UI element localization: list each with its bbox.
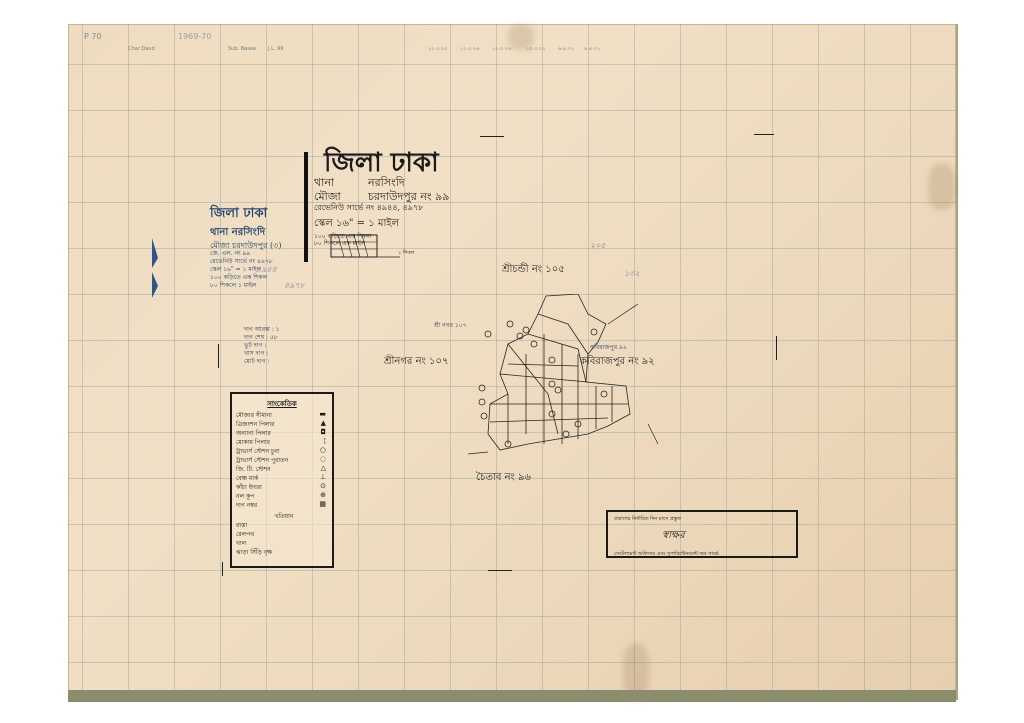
pencil-number: ৪৯৭৮ (284, 280, 305, 293)
legend-item-label: অন্যান্য পিলার (236, 430, 271, 437)
stat-label: দাগ শেষ (244, 334, 264, 341)
legend-item: অন্যান্য পিলার◘ (232, 428, 332, 437)
stat-label: দাগ আরম্ভ (244, 326, 270, 333)
mouza-parcel-map (448, 294, 688, 474)
legend-item-label: দাগ নম্বর (236, 502, 257, 509)
legend-item: নল কূপ⊕ (232, 491, 332, 500)
legend-line-item: খাল (232, 538, 332, 547)
stamp-jl: জে. এল. নং ৯৯ (210, 250, 282, 258)
legend-item: জি. টি. স্টেশন△ (232, 464, 332, 473)
header-date: ২২.৩.৭৬ (492, 46, 511, 54)
header-date: ৬.৪.৭২ (558, 46, 574, 54)
legend-symbol-icon: ◘ (320, 428, 326, 436)
legend-item-label: ত্রিজংশন পিলার (236, 421, 274, 428)
map-legend: সাংকেতিক মৌজার সীমানা▬ত্রিজংশন পিলার▲অন্… (230, 392, 334, 568)
stamp-mouza: মৌজা চরদাউদপুর (৩) (210, 242, 282, 250)
sheet-code: P 70 (84, 32, 102, 41)
legend-line-item: ঝাড়া সিঁড়ি বৃক্ষ (232, 547, 332, 556)
cert-signature: স্বাক্ষর (662, 528, 796, 545)
pencil-number: ৪৯৪৪ (256, 264, 277, 277)
legend-symbol-icon: ⊙ (320, 482, 326, 490)
legend-item: ট্রাভার্স স্টেশন পুরাতন◌ (232, 455, 332, 464)
legend-item-label: বেঞ্চ মার্ক (236, 475, 258, 482)
pencil-note: ১৩২ (624, 268, 640, 281)
header-year: 1969-70 (178, 32, 211, 41)
stamp-thana: থানা নরসিংদি (210, 225, 282, 242)
legend-line-item: রেলপথ (232, 529, 332, 538)
legend-item: ট্রাভার্স স্টেশন চুনা○ (232, 446, 332, 455)
stat-value: ১ (276, 326, 280, 333)
legend-symbol-icon: ▦ (319, 500, 326, 508)
header-date: ২২.৩.৭৫ (428, 46, 447, 54)
legend-subheading: খতিয়ান (232, 511, 332, 520)
legend-title: সাংকেতিক (232, 398, 332, 410)
map-sheet: P 70 1969-70 Char Daud Sub. Basee J.L. 9… (68, 24, 956, 700)
legend-item-label: জি. টি. স্টেশন (236, 466, 271, 473)
revenue-survey: রেভেনিউ সার্ভে নং ৪৯৪৪, ৪৯৭৮ (314, 202, 423, 215)
header-register-table: P 70 1969-70 Char Daud Sub. Basee J.L. 9… (68, 24, 956, 79)
stamp-block: জিলা ঢাকা থানা নরসিংদি মৌজা চরদাউদপুর (৩… (210, 204, 282, 290)
title-bar-mark (304, 152, 308, 262)
legend-symbol-icon: ◌ (320, 455, 326, 463)
stamp-note-2: ৮০ শিকলে ১ মাইল (210, 282, 282, 290)
legend-symbol-icon: ▬ (319, 410, 326, 418)
legend-symbol-icon: ¦ (324, 437, 326, 445)
stat-value: ৫৮ (270, 334, 278, 341)
plot-statistics: দাগ আরম্ভ : ১ দাগ শেষ : ৫৮ ভুট দাগ : খাস… (244, 326, 280, 366)
stat-label: ভুট দাগ (244, 342, 262, 349)
neighbor-north: শ্রীচন্ডী নং ১০৫ (502, 262, 565, 279)
header-date: ৬.৪.৭২ (584, 46, 600, 54)
neighbor-west: শ্রীনগর নং ১০৭ (384, 354, 449, 371)
header-cell: Sub. Basee (228, 46, 256, 52)
legend-item: দাগ নম্বর▦ (232, 500, 332, 509)
legend-item-label: মৌজার সীমানা (236, 412, 272, 419)
legend-item-label: কাঁচা ইদারা (236, 484, 262, 491)
header-date: ২২.৩.৭৬ (460, 46, 479, 54)
scale-bar-end: ১ শিকল (398, 250, 414, 258)
legend-item: কাঁচা ইদারা⊙ (232, 482, 332, 491)
neighbor-west-inner: শ্রী নগর ১০৭ (434, 320, 467, 331)
header-cell: Char Daud (128, 46, 155, 52)
legend-symbol-icon: ○ (320, 446, 326, 454)
legend-line-item: রাস্তা (232, 520, 332, 529)
cert-line-3: সেটেলমেন্ট অফিসার এবং সুপারিন্টেনডেন্ট অ… (614, 551, 790, 559)
stat-label: খাস দাগ (244, 350, 264, 357)
legend-item-label: ট্রাভার্স স্টেশন পুরাতন (236, 457, 288, 464)
pencil-note: ২০৫ (590, 240, 606, 253)
stamp-district: জিলা ঢাকা (210, 204, 282, 225)
neighbor-east: কবিরাজপুর নং ৯২ (580, 354, 655, 371)
legend-item: ত্রিজংশন পিলার▲ (232, 419, 332, 428)
certification-box: প্রকাশের নির্ধারিত দিন মাসে প্রস্তুত স্ব… (606, 510, 798, 558)
legend-item: মৌজার সীমানা▬ (232, 410, 332, 419)
legend-symbol-icon: ▲ (321, 419, 326, 427)
cert-line-1: প্রকাশের নির্ধারিত দিন মাসে প্রস্তুত (614, 516, 790, 524)
legend-item-label: ট্রাভার্স স্টেশন চুনা (236, 448, 280, 455)
north-arrow-icon (152, 238, 158, 298)
legend-symbol-icon: △ (321, 464, 326, 472)
neighbor-east-inner: কবিরাজপুর ৯২ (590, 342, 627, 353)
legend-item: বেঞ্চ মার্ক⊥ (232, 473, 332, 482)
legend-symbol-icon: ⊥ (320, 473, 326, 481)
header-date: ২৫.৩.৭২ (526, 46, 545, 54)
legend-item-label: নল কূপ (236, 493, 254, 500)
legend-symbol-icon: ⊕ (320, 491, 326, 499)
neighbor-south: চৈতাব নং ৯৬ (476, 470, 531, 487)
legend-item-label: মোকাম পিলার (236, 439, 270, 446)
header-cell: J.L. 99 (268, 46, 283, 52)
legend-item: মোকাম পিলার¦ (232, 437, 332, 446)
scanner-bed (68, 690, 956, 702)
stat-label: মোট দাগ (244, 358, 266, 365)
